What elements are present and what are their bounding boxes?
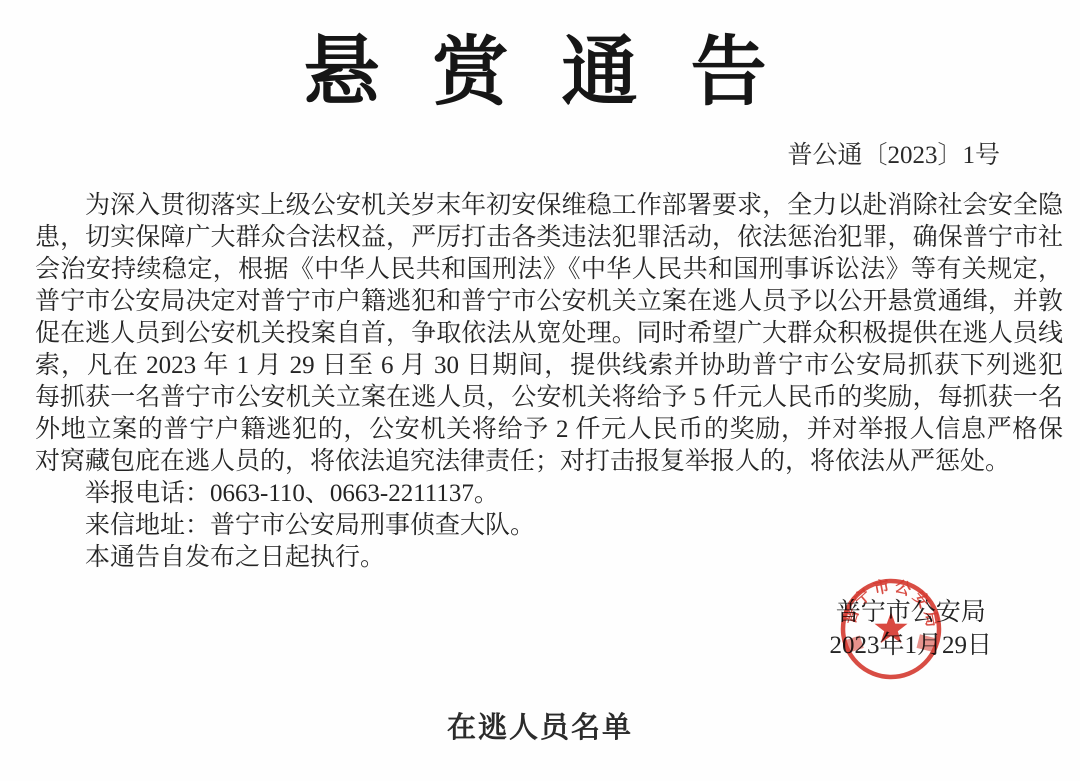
body-line: 会治安持续稳定，根据《中华人民共和国刑法》《中华人民共和国刑事诉讼法》等有关规定… xyxy=(35,254,1063,286)
effective-date-line: 本通告自发布之日起执行。 xyxy=(35,542,1063,574)
signature-agency: 普宁市公安局 xyxy=(829,596,992,629)
doc-number: 普公通〔2023〕1号 xyxy=(787,140,1000,172)
notice-body: 为深入贯彻落实上级公安机关岁末年初安保维稳工作部署要求，全力以赴消除社会安全隐 … xyxy=(35,190,1063,574)
fugitive-list-heading: 在逃人员名单 xyxy=(0,708,1080,748)
body-line: 患，切实保障广大群众合法权益，严厉打击各类违法犯罪活动，依法惩治犯罪，确保普宁市… xyxy=(35,222,1063,254)
notice-title: 悬 赏 通 告 xyxy=(0,28,1080,118)
body-line: 普宁市公安局决定对普宁市户籍逃犯和普宁市公安机关立案在逃人员予以公开悬赏通缉，并… xyxy=(35,286,1063,318)
body-line: 索，凡在 2023 年 1 月 29 日至 6 月 30 日期间，提供线索并协助… xyxy=(35,350,1063,382)
body-line: 促在逃人员到公安机关投案自首，争取依法从宽处理。同时希望广大群众积极提供在逃人员… xyxy=(35,318,1063,350)
notice-document: 悬 赏 通 告 普公通〔2023〕1号 为深入贯彻落实上级公安机关岁末年初安保维… xyxy=(0,0,1080,781)
signature-date: 2023年1月29日 xyxy=(829,629,992,662)
report-phone-line: 举报电话：0663-110、0663-2211137。 xyxy=(35,478,1063,510)
body-line: 为深入贯彻落实上级公安机关岁末年初安保维稳工作部署要求，全力以赴消除社会安全隐 xyxy=(35,190,1063,222)
body-line: 每抓获一名普宁市公安机关立案在逃人员，公安机关将给予 5 仟元人民币的奖励，每抓… xyxy=(35,382,1063,414)
mail-address-line: 来信地址：普宁市公安局刑事侦查大队。 xyxy=(35,510,1063,542)
body-line: 对窝藏包庇在逃人员的，将依法追究法律责任；对打击报复举报人的，将依法从严惩处。 xyxy=(35,446,1063,478)
body-line: 外地立案的普宁户籍逃犯的，公安机关将给予 2 仟元人民币的奖励，并对举报人信息严… xyxy=(35,414,1063,446)
signature-block: 普宁市公安局 2023年1月29日 xyxy=(829,596,992,662)
